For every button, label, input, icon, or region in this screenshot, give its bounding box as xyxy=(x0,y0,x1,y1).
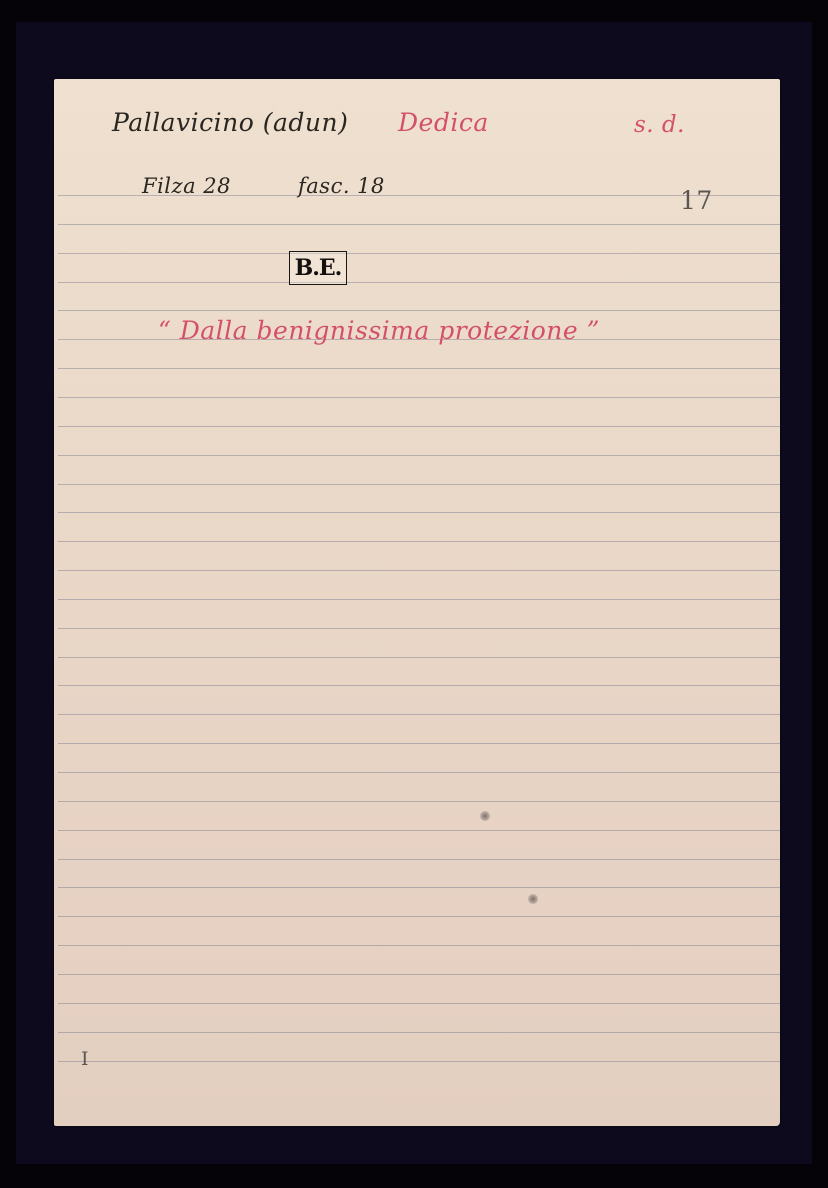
paper-stain xyxy=(528,894,538,904)
header-subject: Dedica xyxy=(398,108,489,137)
filza-reference: Filza 28 xyxy=(142,174,231,198)
ruled-line xyxy=(58,714,780,715)
ruled-line xyxy=(58,570,780,571)
be-stamp: B.E. xyxy=(289,251,347,285)
ruled-line xyxy=(58,974,780,975)
ruled-line xyxy=(58,484,780,485)
ruled-line xyxy=(58,541,780,542)
fascicolo-reference: fasc. 18 xyxy=(298,174,385,198)
ruled-line xyxy=(58,830,780,831)
footer-roman-numeral: I xyxy=(81,1048,89,1070)
paper-stain xyxy=(480,811,490,821)
ruled-line xyxy=(58,1003,780,1004)
ruled-line xyxy=(58,859,780,860)
ruled-line xyxy=(58,772,780,773)
ruled-line xyxy=(58,368,780,369)
ruled-line xyxy=(58,801,780,802)
ruled-line xyxy=(58,253,780,254)
ruled-line xyxy=(58,657,780,658)
ruled-line xyxy=(58,310,780,311)
page-number: 17 xyxy=(680,186,713,215)
ruled-line xyxy=(58,282,780,283)
ruled-line xyxy=(58,224,780,225)
dedication-quote: “ Dalla benignissima protezione ” xyxy=(158,316,600,345)
ruled-line xyxy=(58,945,780,946)
ruled-line xyxy=(58,685,780,686)
ruled-line xyxy=(58,426,780,427)
ruled-line xyxy=(58,743,780,744)
ruled-line xyxy=(58,455,780,456)
ruled-line xyxy=(58,887,780,888)
header-date-note: s. d. xyxy=(634,112,685,138)
ruled-line xyxy=(58,1032,780,1033)
ruled-line xyxy=(58,397,780,398)
header-name: Pallavicino (adun) xyxy=(112,108,348,137)
ruled-line xyxy=(58,1061,780,1062)
ruled-line xyxy=(58,512,780,513)
ruled-line xyxy=(58,916,780,917)
ruled-line xyxy=(58,599,780,600)
ruled-line xyxy=(58,628,780,629)
ruled-paper-sheet xyxy=(54,79,780,1126)
